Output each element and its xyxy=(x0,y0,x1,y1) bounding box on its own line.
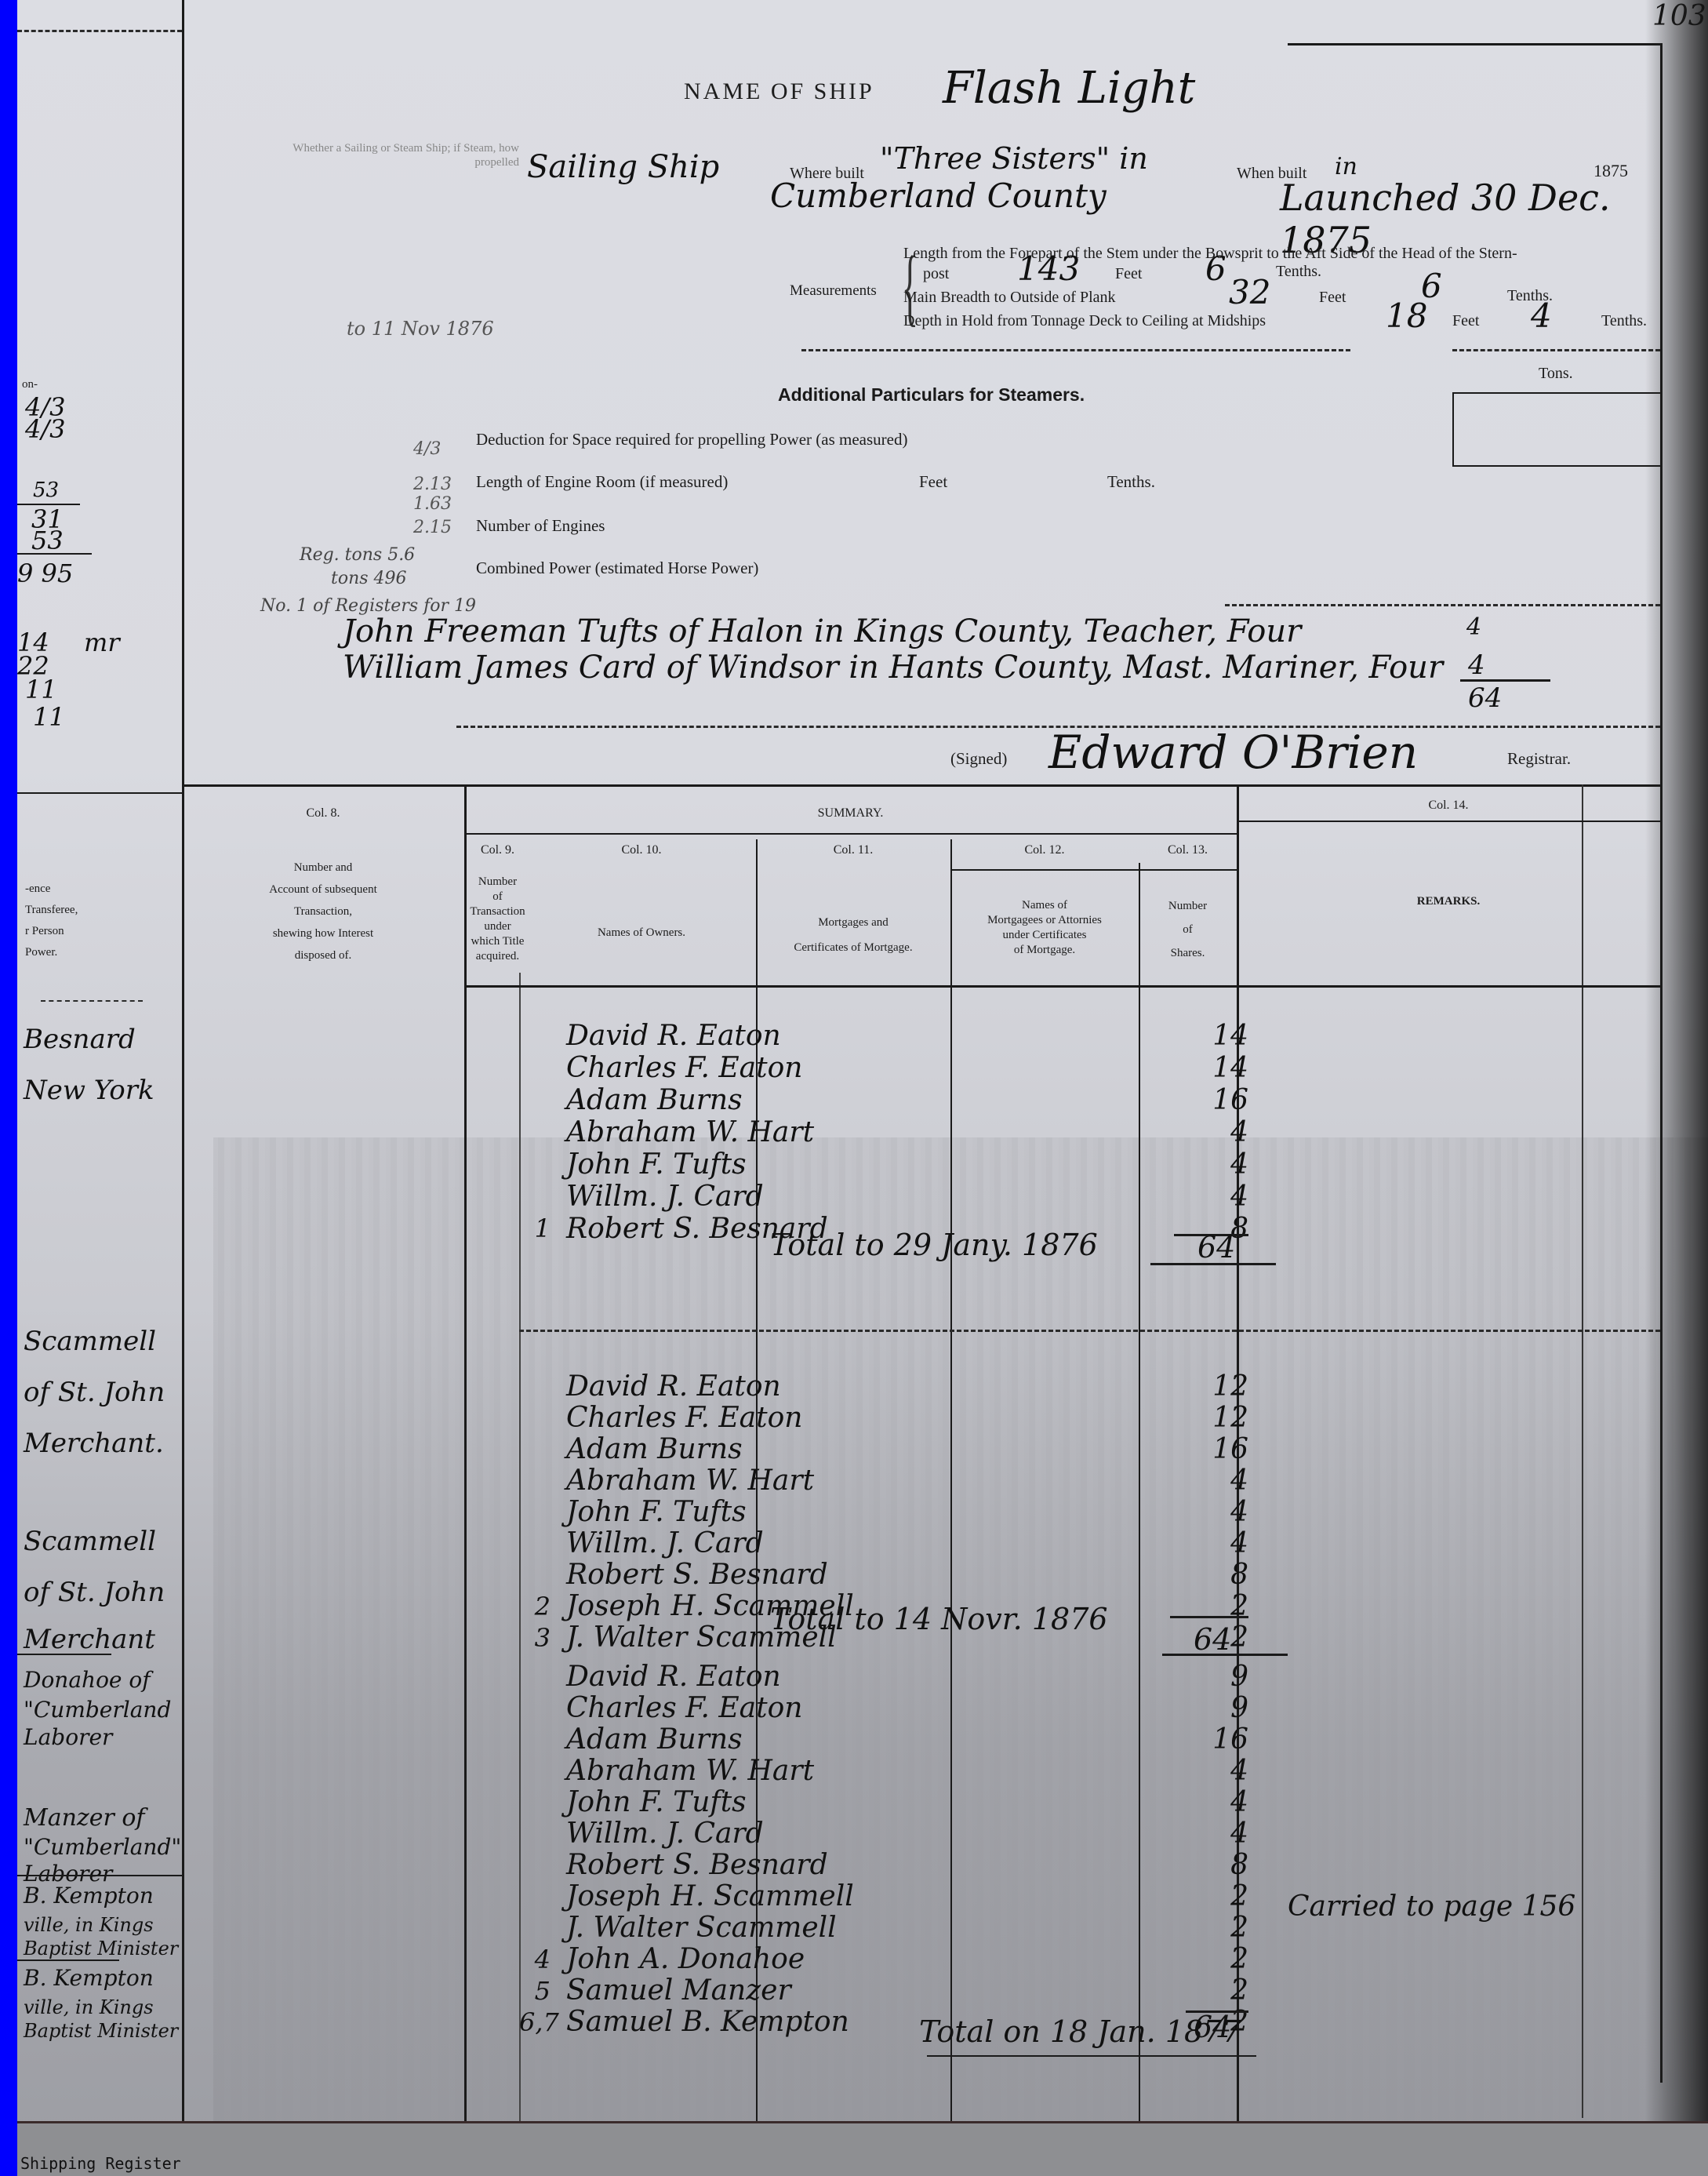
margin-note: of St. John xyxy=(24,1577,165,1608)
breadth-label: Main Breadth to Outside of Plank xyxy=(903,289,1116,307)
name-of-ship-label: NAME OF SHIP xyxy=(684,78,874,105)
top-right-rule xyxy=(1288,43,1663,45)
summary-1-owners: David R. Eaton Charles F. Eaton Adam Bur… xyxy=(566,1020,828,1245)
breadth-feet: 32 xyxy=(1229,273,1270,311)
col11-right-rule xyxy=(950,839,952,2134)
owner-row: Willm. J. Card xyxy=(566,1181,828,1213)
margin-top-header: on- xyxy=(22,378,38,391)
summary-3-total-label: Total on 18 Jan. 1877 xyxy=(919,2014,1241,2049)
margin-note: Baptist Minister xyxy=(24,1938,178,1959)
col11-header: Mortgages and Certificates of Mortgage. xyxy=(756,910,950,960)
tons-rule-top xyxy=(1452,349,1660,351)
owner-row: John F. Tufts xyxy=(566,1148,828,1181)
margin-note: "Cumberland" xyxy=(24,1834,181,1860)
steamers-rule xyxy=(1225,604,1660,606)
length-label-line2: post xyxy=(923,265,949,283)
margin-note: of St. John xyxy=(24,1377,165,1408)
remarks-header: REMARKS. xyxy=(1237,894,1660,909)
margin-note: New York xyxy=(24,1075,154,1106)
owner-row: Adam Burns xyxy=(566,1434,854,1465)
margin-calc-note: to 11 Nov 1876 xyxy=(347,318,494,340)
owner-row: David R. Eaton xyxy=(566,1020,828,1052)
left-column-rule xyxy=(182,0,184,2134)
length-tenths: 6 xyxy=(1205,249,1226,288)
margin-note: Manzer of xyxy=(24,1804,145,1832)
margin-calc-power-note: Reg. tons 5.6 xyxy=(300,545,415,565)
depth-tenths-label: Tenths. xyxy=(1601,312,1647,330)
summary-1-total: 64 xyxy=(1197,1230,1235,1264)
right-border-rule xyxy=(1660,43,1663,2083)
footer-label: Shipping Register xyxy=(20,2154,181,2173)
col13-label: Col. 13. xyxy=(1139,841,1237,860)
owner-row: Abraham W. Hart xyxy=(566,1756,854,1787)
margin-calc-fig-2: 2.13 xyxy=(413,475,452,494)
summary-1-shares: 14 14 16 4 4 4 8 xyxy=(1194,1020,1248,1245)
header-bottom-rule xyxy=(464,985,1660,988)
margin-fig: 4/3 xyxy=(25,414,66,444)
margin-fig: 11 xyxy=(25,675,57,704)
margin-note: B. Kempton xyxy=(24,1883,154,1909)
engine-room-tenths-label: Tenths. xyxy=(1107,472,1155,492)
initial-owner-2: William James Card of Windsor in Hants C… xyxy=(343,650,1443,686)
summary-3-total: 64 xyxy=(1194,2010,1231,2044)
owner-row: David R. Eaton xyxy=(566,1661,854,1693)
table-top-rule xyxy=(182,784,1660,787)
margin-rule xyxy=(17,553,92,555)
summary-2-rule xyxy=(519,1330,1660,1332)
initial-owners-total: 64 xyxy=(1468,682,1502,714)
owner-row: Adam Burns xyxy=(566,1084,828,1116)
col12-right-rule xyxy=(1139,863,1140,2134)
summary-1-total-underline xyxy=(1150,1263,1276,1265)
margin-entry-rule xyxy=(17,1959,119,1961)
rig-value: Sailing Ship xyxy=(527,149,719,185)
power-label: Combined Power (estimated Horse Power) xyxy=(476,559,758,578)
rig-label: Whether a Sailing or Steam Ship; if Stea… xyxy=(292,141,519,169)
owner-row: Charles F. Eaton xyxy=(566,1052,828,1084)
col8-label: Col. 8. xyxy=(182,804,464,823)
summary-3-shares: 9 9 16 4 4 4 8 2 2 2 2 2 xyxy=(1194,1661,1248,2038)
depth-feet-label: Feet xyxy=(1452,312,1479,330)
owner-row: David R. Eaton xyxy=(566,1371,854,1403)
margin-note: Merchant. xyxy=(24,1428,164,1459)
remarks-inner-rule xyxy=(1582,784,1583,2118)
where-built-value-line2: Cumberland County xyxy=(770,176,1107,215)
depth-feet: 18 xyxy=(1386,297,1427,335)
register-page: 103 NAME OF SHIP Flash Light Whether a S… xyxy=(17,0,1708,2176)
summary-2-total-underline xyxy=(1162,1654,1288,1656)
initial-owner-1-shares: 4 xyxy=(1466,613,1481,641)
owner-row: Joseph H. Scammell xyxy=(566,1881,854,1912)
col12-header: Names of Mortgagees or Attornies under C… xyxy=(950,898,1139,958)
margin-fig: mr xyxy=(84,628,120,657)
steamers-title: Additional Particulars for Steamers. xyxy=(778,384,1085,406)
ship-name: Flash Light xyxy=(943,63,1195,114)
owner-row: Willm. J. Card xyxy=(566,1528,854,1559)
margin-note: ville, in Kings xyxy=(24,1996,154,2018)
summary-1-tx: 1 xyxy=(519,1020,551,1245)
margin-calc-fig-1: 4/3 xyxy=(413,439,441,459)
depth-tenths: 4 xyxy=(1531,297,1552,335)
margin-note: ville, in Kings xyxy=(24,1914,154,1936)
where-built-value-line1: "Three Sisters" in xyxy=(880,141,1148,176)
length-tenths-label: Tenths. xyxy=(1276,263,1321,281)
margin-note: Merchant xyxy=(24,1624,155,1655)
margin-fig: 53 xyxy=(31,526,64,555)
signed-label: (Signed) xyxy=(950,749,1007,769)
owner-row: John F. Tufts xyxy=(566,1497,854,1528)
bottom-strip: Shipping Register xyxy=(17,2121,1708,2176)
col12-13-rule xyxy=(950,869,1237,871)
col13-header: Number of Shares. xyxy=(1139,894,1237,965)
col10-header: Names of Owners. xyxy=(527,926,756,941)
owner-row: Adam Burns xyxy=(566,1724,854,1756)
registrar-title: Registrar. xyxy=(1507,749,1571,769)
registrar-signature: Edward O'Brien xyxy=(1048,726,1418,779)
summary-3-owners: David R. Eaton Charles F. Eaton Adam Bur… xyxy=(566,1661,854,2038)
owner-row: Abraham W. Hart xyxy=(566,1116,828,1148)
tons-rule-bottom xyxy=(1452,465,1660,467)
margin-note: B. Kempton xyxy=(24,1965,154,1991)
measurements-label: Measurements xyxy=(790,282,877,300)
owner-row: Robert S. Besnard xyxy=(566,1559,854,1591)
margin-note: Donahoe of xyxy=(24,1667,151,1693)
summary-2-tx: 2 3 xyxy=(519,1371,551,1654)
margin-top-dash xyxy=(17,30,182,32)
margin-calc-fig-4: 2.15 xyxy=(413,518,452,537)
margin-fig: 53 xyxy=(33,479,59,502)
owner-row: Charles F. Eaton xyxy=(566,1693,854,1724)
margin-fig: 9 95 xyxy=(17,559,73,588)
engine-room-feet-label: Feet xyxy=(919,472,947,492)
remarks-carried-note: Carried to page 156 xyxy=(1288,1890,1575,1923)
col12-label: Col. 12. xyxy=(950,841,1139,860)
col9-header: Number of Transaction under which Title … xyxy=(468,875,527,964)
owner-row: John A. Donahoe xyxy=(566,1944,854,1975)
col10-label: Col. 10. xyxy=(527,841,756,860)
summary-2-total: 64 xyxy=(1194,1622,1231,1657)
tons-rule xyxy=(1452,392,1660,394)
margin-table-rule xyxy=(17,792,182,794)
deduction-label: Deduction for Space required for propell… xyxy=(476,430,907,449)
initial-owner-2-shares: 4 xyxy=(1468,650,1485,681)
summary-2-shares: 12 12 16 4 4 4 8 2 2 xyxy=(1194,1371,1248,1654)
owner-row: Samuel B. Kempton xyxy=(566,2007,854,2038)
summary-3-tx: 4 5 6,7 xyxy=(519,1661,551,2038)
col11-label: Col. 11. xyxy=(756,841,950,860)
margin-fig: 11 xyxy=(33,702,65,732)
summary-3-total-underline xyxy=(927,2055,1256,2057)
margin-calc-power-note2: tons 496 xyxy=(331,569,407,588)
owner-row: Charles F. Eaton xyxy=(566,1403,854,1434)
binding-shadow xyxy=(1645,0,1708,2176)
initial-owner-1: John Freeman Tufts of Halon in Kings Cou… xyxy=(343,613,1301,650)
length-feet-label: Feet xyxy=(1115,265,1142,283)
margin-calc-fig-3: 1.63 xyxy=(413,494,452,514)
owner-row: Abraham W. Hart xyxy=(566,1465,854,1497)
col14-label: Col. 14. xyxy=(1237,796,1660,815)
margin-note: Besnard xyxy=(24,1024,136,1055)
length-feet: 143 xyxy=(1017,249,1080,288)
summary-2-total-rule xyxy=(1170,1616,1248,1618)
breadth-feet-label: Feet xyxy=(1319,289,1346,307)
tons-label: Tons. xyxy=(1539,365,1573,383)
owner-row: Willm. J. Card xyxy=(566,1818,854,1850)
margin-entry-rule xyxy=(17,1875,182,1876)
engine-room-label: Length of Engine Room (if measured) xyxy=(476,472,728,492)
owner-row: Robert S. Besnard xyxy=(566,1850,854,1881)
margin-note: Baptist Minister xyxy=(24,2020,178,2042)
margin-note: Laborer xyxy=(24,1724,112,1750)
summary-1-total-label: Total to 29 Jany. 1876 xyxy=(770,1228,1098,1262)
owner-row: Samuel Manzer xyxy=(566,1975,854,2007)
margin-note: "Cumberland xyxy=(24,1697,171,1723)
summary-label: SUMMARY. xyxy=(464,804,1237,823)
measurements-rule xyxy=(801,349,1350,351)
owner-row: John F. Tufts xyxy=(566,1787,854,1818)
owner-row: J. Walter Scammell xyxy=(566,1912,854,1944)
summary-rule xyxy=(464,833,1237,835)
margin-header-rule xyxy=(41,1000,143,1002)
col9-label: Col. 9. xyxy=(468,841,527,860)
summary-2-total-label: Total to 14 Novr. 1876 xyxy=(770,1602,1108,1636)
col8-header: Number and Account of subsequent Transac… xyxy=(182,857,464,966)
engines-label: Number of Engines xyxy=(476,516,605,536)
margin-header-fragments: -ence Transferee, r Person Power. xyxy=(25,879,78,963)
col14-rule xyxy=(1237,821,1660,822)
depth-label: Depth in Hold from Tonnage Deck to Ceili… xyxy=(903,312,1266,330)
initial-total-rule xyxy=(1460,679,1550,682)
margin-note: Scammell xyxy=(24,1326,156,1357)
tons-box-left xyxy=(1452,392,1454,467)
page-number: 103 xyxy=(1652,0,1706,32)
margin-note: Scammell xyxy=(24,1526,156,1557)
margin-entry-rule xyxy=(17,1654,111,1655)
